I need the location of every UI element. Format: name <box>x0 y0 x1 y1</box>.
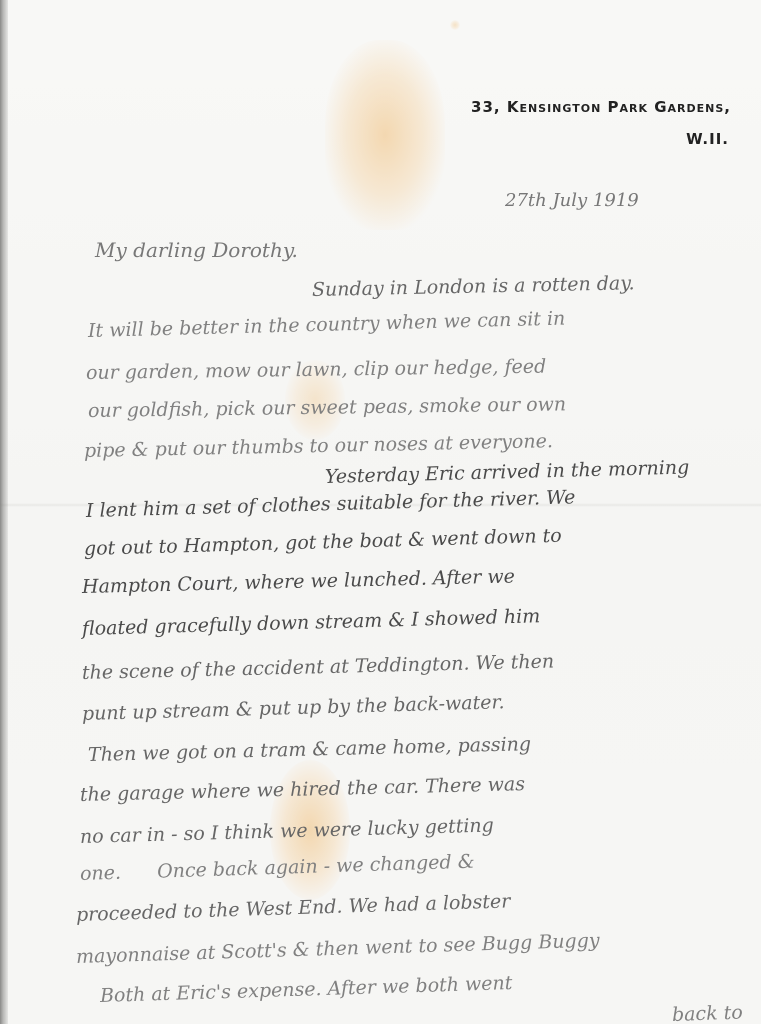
body-line: mayonnaise at Scott's & then went to see… <box>76 930 600 968</box>
body-line: proceeded to the West End. We had a lobs… <box>76 890 511 926</box>
body-line: Then we got on a tram & came home, passi… <box>88 733 532 766</box>
body-line: Hampton Court, where we lunched. After w… <box>82 565 515 598</box>
body-line: floated gracefully down stream & I showe… <box>82 605 541 640</box>
body-line: punt up stream & put up by the back-wate… <box>82 691 505 725</box>
letter-date: 27th July 1919 <box>505 190 639 211</box>
body-line: our garden, mow our lawn, clip our hedge… <box>86 356 547 384</box>
body-line: our goldfish, pick our sweet peas, smoke… <box>88 393 566 422</box>
body-line: pipe & put our thumbs to our noses at ev… <box>84 430 553 462</box>
body-line: one. Once back again - we changed & <box>80 851 475 885</box>
body-line: back to <box>672 1002 743 1024</box>
water-stain <box>450 20 460 30</box>
body-line: the garage where we hired the car. There… <box>80 773 525 806</box>
scan-edge <box>0 0 8 1024</box>
body-line: Yesterday Eric arrived in the morning <box>325 456 690 488</box>
letterhead-postcode: W.II. <box>471 130 729 148</box>
body-line: Both at Eric's expense. After we both we… <box>100 972 513 1007</box>
body-line: no car in - so I think we were lucky get… <box>80 814 494 848</box>
letter-page: 33, Kensington Park Gardens, W.II. 27th … <box>0 0 761 1024</box>
body-line: got out to Hampton, got the boat & went … <box>84 525 562 560</box>
salutation: My darling Dorothy. <box>95 238 298 262</box>
body-line: the scene of the accident at Teddington.… <box>82 650 555 684</box>
letterhead: 33, Kensington Park Gardens, W.II. <box>471 98 731 148</box>
body-line: I lent him a set of clothes suitable for… <box>86 486 576 522</box>
water-stain <box>325 40 445 230</box>
body-line: Sunday in London is a rotten day. <box>312 272 635 301</box>
letterhead-address: 33, Kensington Park Gardens, <box>471 98 731 116</box>
body-line: It will be better in the country when we… <box>88 308 566 342</box>
